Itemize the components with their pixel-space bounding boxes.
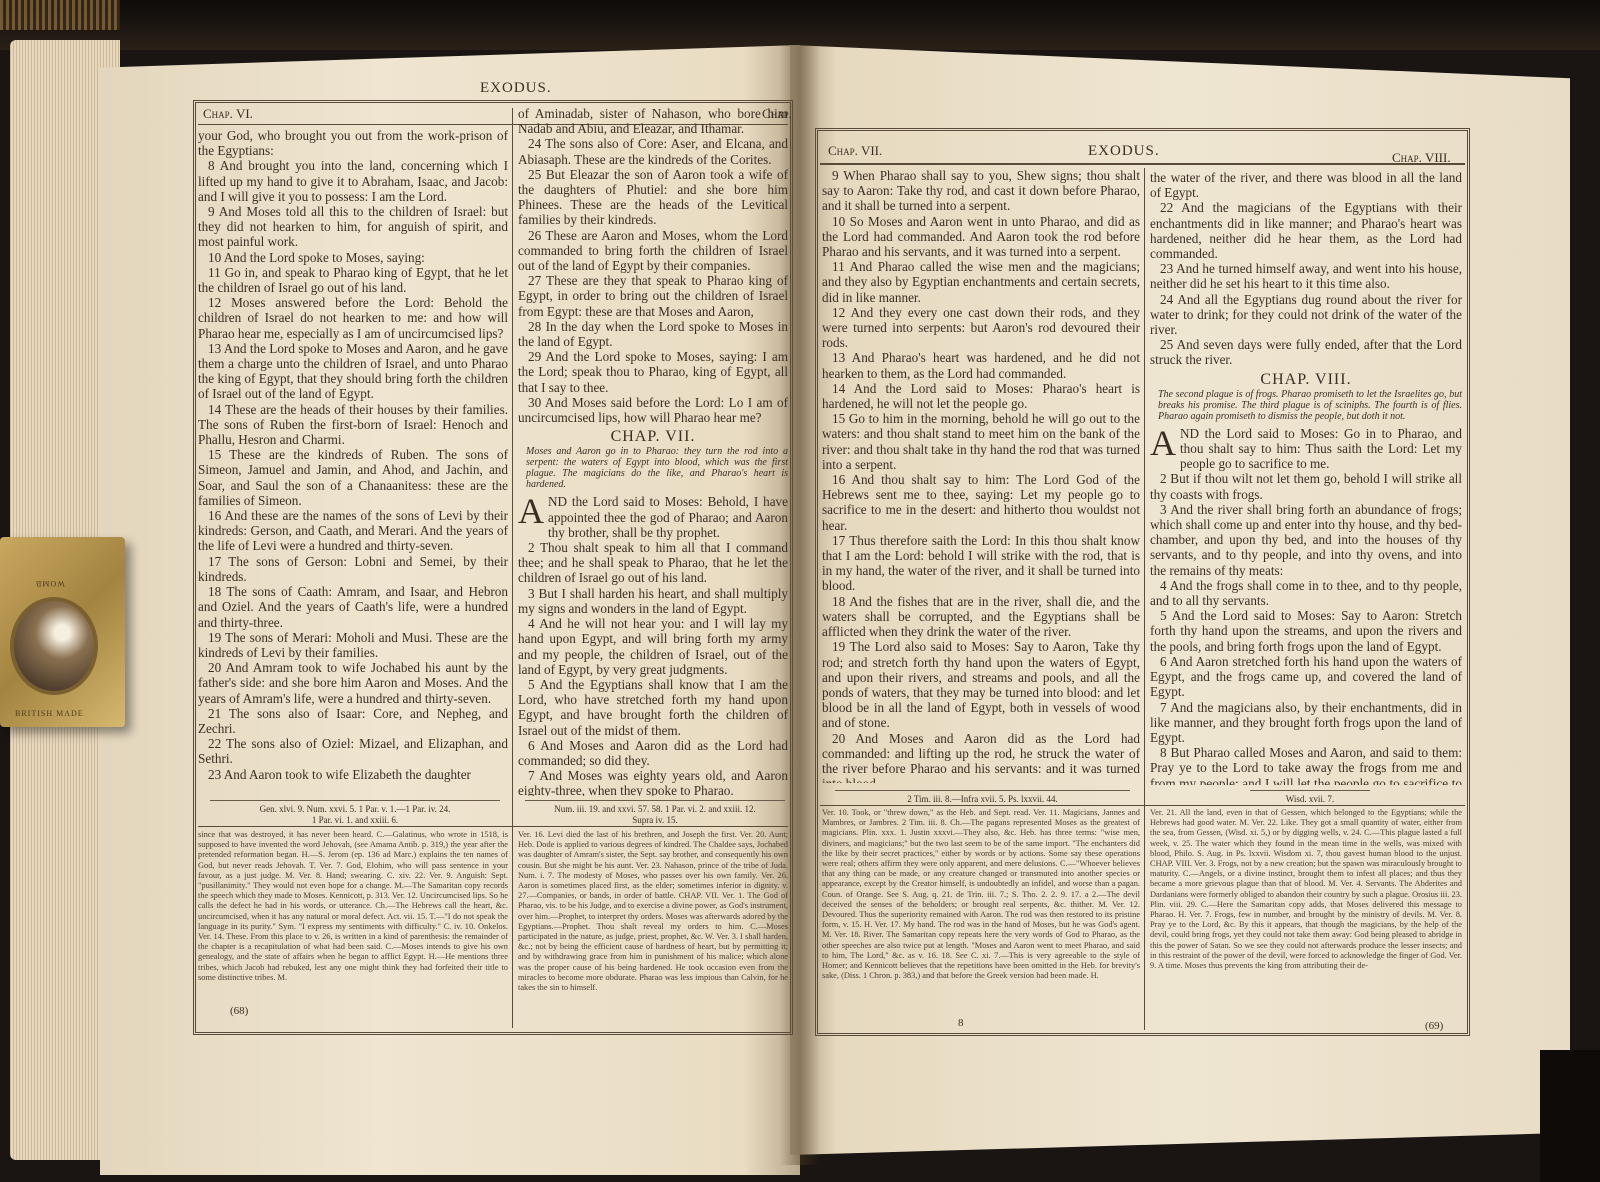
verse: 20 And Moses and Aaron did as the Lord h… (822, 731, 1140, 783)
verse: 2 Thou shalt speak to him all that I com… (518, 540, 788, 586)
reference-line: 1 Par. vi. 1. and xxiii. 6. (210, 815, 500, 826)
magnifier-lens (10, 597, 98, 695)
verse: 15 These are the kindreds of Ruben. The … (198, 447, 508, 508)
verse: 25 And seven days were fully ended, afte… (1150, 337, 1462, 367)
verse: of Aminadab, sister of Nahason, who bore… (518, 106, 788, 136)
verse: 23 And he turned himself away, and went … (1150, 261, 1462, 291)
verse: 24 The sons also of Core: Aser, and Elca… (518, 136, 788, 166)
column-divider (1144, 168, 1145, 1030)
verse: 7 And the magicians also, by their encha… (1150, 700, 1462, 746)
verse: 9 When Pharao shall say to you, Shew sig… (822, 168, 1140, 214)
verse: 6 And Moses and Aaron did as the Lord ha… (518, 738, 788, 768)
verse: 26 These are Aaron and Moses, whom the L… (518, 228, 788, 274)
verse: 22 And the magicians of the Egyptians wi… (1150, 200, 1462, 261)
verse: 12 And they every one cast down their ro… (822, 305, 1140, 351)
verse: 9 And Moses told all this to the childre… (198, 204, 508, 250)
verse: 18 And the fishes that are in the river,… (822, 594, 1140, 640)
verse: 10 And the Lord spoke to Moses, saying: (198, 250, 508, 265)
right-column-1: 9 When Pharao shall say to you, Shew sig… (822, 168, 1140, 783)
verse: 4 And the frogs shall come in to thee, a… (1150, 578, 1462, 608)
verse: 2 But if thou wilt not let them go, beho… (1150, 471, 1462, 501)
verse: 13 And Pharao's heart was hardened, and … (822, 350, 1140, 380)
verse: 30 And Moses said before the Lord: Lo I … (518, 395, 788, 425)
commentary-notes: since that was destroyed, it has never b… (198, 830, 508, 1010)
gilt-book-edge (0, 0, 120, 30)
chapter-label: Chap. VII. (828, 143, 882, 159)
chapter-title: CHAP. VII. (518, 429, 788, 444)
commentary-notes: Ver. 21. All the land, even in that of G… (1150, 808, 1462, 1018)
loupe-engraving: BRITISH MADE (15, 709, 84, 718)
running-head-left: EXODUS. (480, 80, 552, 97)
verse: 28 In the day when the Lord spoke to Mos… (518, 319, 788, 349)
verse: 4 And he will not hear you: and I will l… (518, 616, 788, 677)
verse: 11 And Pharao called the wise men and th… (822, 259, 1140, 305)
commentary-notes: Ver. 16. Levi died the last of his breth… (518, 830, 788, 1025)
verse: ND the Lord said to Moses: Go in to Phar… (1180, 426, 1462, 471)
dark-background (0, 0, 1600, 50)
brass-magnifier-loupe: WOMB BRITISH MADE (0, 537, 125, 727)
verse: 22 The sons also of Oziel: Mizael, and E… (198, 736, 508, 766)
rule (820, 805, 1465, 806)
verse: 6 And Aaron stretched forth his hand upo… (1150, 654, 1462, 700)
verse: 18 The sons of Caath: Amram, and Isaar, … (198, 584, 508, 630)
cross-references: Gen. xlvi. 9. Num. xxvi. 5. 1 Par. v. 1.… (210, 800, 500, 826)
page-number: (69) (1425, 1020, 1443, 1032)
verse: ND the Lord said to Moses: Behold, I hav… (548, 494, 788, 539)
verse: 27 These are they that speak to Pharao k… (518, 273, 788, 319)
verse: 23 And Aaron took to wife Elizabeth the … (198, 767, 508, 782)
verse: 29 And the Lord spoke to Moses, saying: … (518, 349, 788, 395)
verse: 20 And Amram took to wife Jochabed his a… (198, 660, 508, 706)
chapter-title: CHAP. VIII. (1150, 372, 1462, 387)
right-column-2: the water of the river, and there was bl… (1150, 170, 1462, 785)
verse: 19 The Lord also said to Moses: Say to A… (822, 639, 1140, 730)
verse: 5 And the Egyptians shall know that I am… (518, 677, 788, 738)
verse: 19 The sons of Merari: Moholi and Musi. … (198, 630, 508, 660)
verse: 17 Thus therefore saith the Lord: In thi… (822, 533, 1140, 594)
verse: 11 Go in, and speak to Pharao king of Eg… (198, 265, 508, 295)
verse: 8 But Pharao called Moses and Aaron, and… (1150, 745, 1462, 785)
reference-line: Num. iii. 19. and xxvi. 57. 58. 1 Par. v… (525, 804, 785, 815)
verse: 3 And the river shall bring forth an abu… (1150, 502, 1462, 578)
verse: 16 And thou shalt say to him: The Lord G… (822, 472, 1140, 533)
left-column-2: of Aminadab, sister of Nahason, who bore… (518, 106, 788, 796)
column-divider (512, 108, 513, 1028)
cross-references: Num. iii. 19. and xxvi. 57. 58. 1 Par. v… (525, 800, 785, 826)
verse: 25 But Eleazar the son of Aaron took a w… (518, 167, 788, 228)
verse: 3 But I shall harden his heart, and shal… (518, 586, 788, 616)
verse: 14 These are the heads of their houses b… (198, 402, 508, 448)
verse: 5 And the Lord said to Moses: Say to Aar… (1150, 608, 1462, 654)
signature-mark: 8 (958, 1017, 964, 1029)
chapter-label: Chap. VI. (203, 106, 253, 122)
cross-references: 2 Tim. iii. 8.—Infra xvii. 5. Ps. lxxvii… (835, 790, 1130, 805)
verse: 15 Go to him in the morning, behold he w… (822, 411, 1140, 472)
cross-references: Wisd. xvii. 7. (1250, 790, 1370, 805)
commentary-notes: Ver. 10. Took, or "threw down," as the H… (822, 808, 1140, 1018)
chapter-summary: Moses and Aaron go in to Pharao: they tu… (518, 446, 788, 490)
verse: 8 And brought you into the land, concern… (198, 158, 508, 204)
page-number: (68) (230, 1005, 248, 1017)
reference-line: Supra iv. 15. (525, 815, 785, 826)
verse: 10 So Moses and Aaron went in unto Phara… (822, 214, 1140, 260)
loupe-engraving: WOMB (35, 579, 65, 588)
verse: 17 The sons of Gerson: Lobni and Semei, … (198, 554, 508, 584)
verse: your God, who brought you out from the w… (198, 128, 508, 158)
verse: 14 And the Lord said to Moses: Pharao's … (822, 381, 1140, 411)
left-column-1: your God, who brought you out from the w… (198, 128, 508, 793)
reference-line: Gen. xlvi. 9. Num. xxvi. 5. 1 Par. v. 1.… (210, 804, 500, 815)
rule (820, 163, 1465, 165)
drop-cap: A (518, 496, 544, 526)
verse: 21 The sons also of Isaar: Core, and Nep… (198, 706, 508, 736)
drop-cap: A (1150, 428, 1176, 458)
verse: the water of the river, and there was bl… (1150, 170, 1462, 200)
running-head-right: EXODUS. (1088, 143, 1160, 160)
verse: 16 And these are the names of the sons o… (198, 508, 508, 554)
verse: 12 Moses answered before the Lord: Behol… (198, 295, 508, 341)
verse: 24 And all the Egyptians dug round about… (1150, 292, 1462, 338)
verse: 7 And Moses was eighty years old, and Aa… (518, 768, 788, 796)
rule (198, 826, 788, 827)
verse: 13 And the Lord spoke to Moses and Aaron… (198, 341, 508, 402)
chapter-summary: The second plague is of frogs. Pharao pr… (1150, 389, 1462, 422)
dark-background (1540, 1050, 1600, 1182)
